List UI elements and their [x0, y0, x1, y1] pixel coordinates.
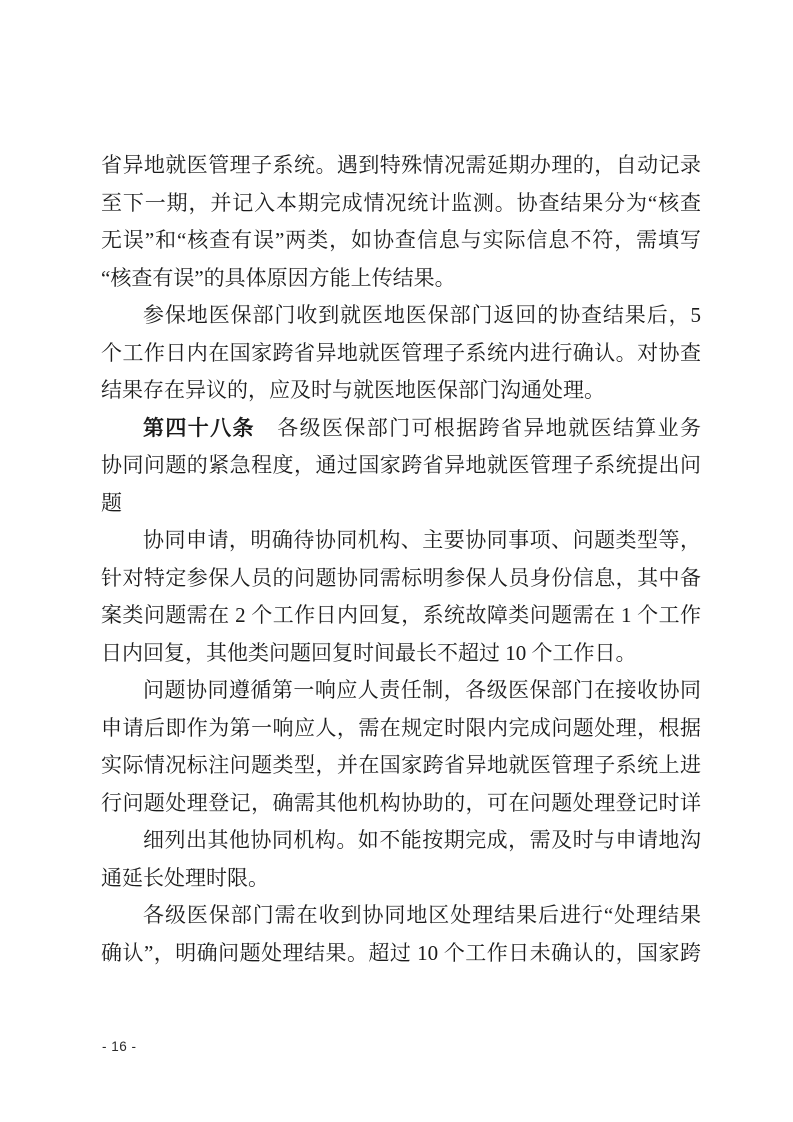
text-line: 行问题处理登记，确需其他机构协助的，可在问题处理登记时详: [101, 785, 701, 823]
text-line: “核查有误”的具体原因方能上传结果。: [101, 260, 701, 298]
text-line: 确认”，明确问题处理结果。超过 10 个工作日未确认的，国家跨: [101, 935, 701, 973]
page-number: - 16 -: [102, 1039, 137, 1054]
text-line: 协同问题的紧急程度，通过国家跨省异地就医管理子系统提出问: [101, 447, 701, 485]
text-line: 申请后即作为第一响应人，需在规定时限内完成问题处理，根据: [101, 710, 701, 748]
paragraph: 参保地医保部门收到就医地医保部门返回的协查结果后，5个工作日内在国家跨省异地就医…: [101, 297, 701, 410]
article-number-bold: 第四十八条: [143, 417, 255, 440]
text-line: 实际情况标注问题类型，并在国家跨省异地就医管理子系统上进: [101, 747, 701, 785]
text-line: 至下一期，并记入本期完成情况统计监测。协查结果分为“核查: [101, 185, 701, 223]
paragraph: 协同申请，明确待协同机构、主要协同事项、问题类型等，针对特定参保人员的问题协同需…: [101, 522, 701, 672]
paragraph: 细列出其他协同机构。如不能按期完成，需及时与申请地沟通延长处理时限。: [101, 822, 701, 897]
text-line: 个工作日内在国家跨省异地就医管理子系统内进行确认。对协查: [101, 335, 701, 373]
text-line: 各级医保部门需在收到协同地区处理结果后进行“处理结果: [101, 897, 701, 935]
text-line: 日内回复，其他类问题回复时间最长不超过 10 个工作日。: [101, 635, 701, 673]
text-line: 参保地医保部门收到就医地医保部门返回的协查结果后，5: [101, 297, 701, 335]
text-line: 问题协同遵循第一响应人责任制，各级医保部门在接收协同: [101, 672, 701, 710]
text-line: 无误”和“核查有误”两类，如协查信息与实际信息不符，需填写: [101, 222, 701, 260]
text-line: 第四十八条 各级医保部门可根据跨省异地就医结算业务: [101, 410, 701, 448]
text-line: 省异地就医管理子系统。遇到特殊情况需延期办理的，自动记录: [101, 147, 701, 185]
text-line: 题: [101, 485, 701, 523]
paragraph: 各级医保部门需在收到协同地区处理结果后进行“处理结果确认”，明确问题处理结果。超…: [101, 897, 701, 972]
text-line: 案类问题需在 2 个工作日内回复，系统故障类问题需在 1 个工作: [101, 597, 701, 635]
text-line: 通延长处理时限。: [101, 860, 701, 898]
paragraph: 省异地就医管理子系统。遇到特殊情况需延期办理的，自动记录至下一期，并记入本期完成…: [101, 147, 701, 297]
text-line: 结果存在异议的，应及时与就医地医保部门沟通处理。: [101, 372, 701, 410]
document-body: 省异地就医管理子系统。遇到特殊情况需延期办理的，自动记录至下一期，并记入本期完成…: [101, 147, 701, 972]
text-line: 针对特定参保人员的问题协同需标明参保人员身份信息，其中备: [101, 560, 701, 598]
paragraph: 问题协同遵循第一响应人责任制，各级医保部门在接收协同申请后即作为第一响应人，需在…: [101, 672, 701, 822]
paragraph: 第四十八条 各级医保部门可根据跨省异地就医结算业务协同问题的紧急程度，通过国家跨…: [101, 410, 701, 523]
text-line: 细列出其他协同机构。如不能按期完成，需及时与申请地沟: [101, 822, 701, 860]
document-page: 省异地就医管理子系统。遇到特殊情况需延期办理的，自动记录至下一期，并记入本期完成…: [0, 0, 793, 1122]
text-line: 协同申请，明确待协同机构、主要协同事项、问题类型等，: [101, 522, 701, 560]
